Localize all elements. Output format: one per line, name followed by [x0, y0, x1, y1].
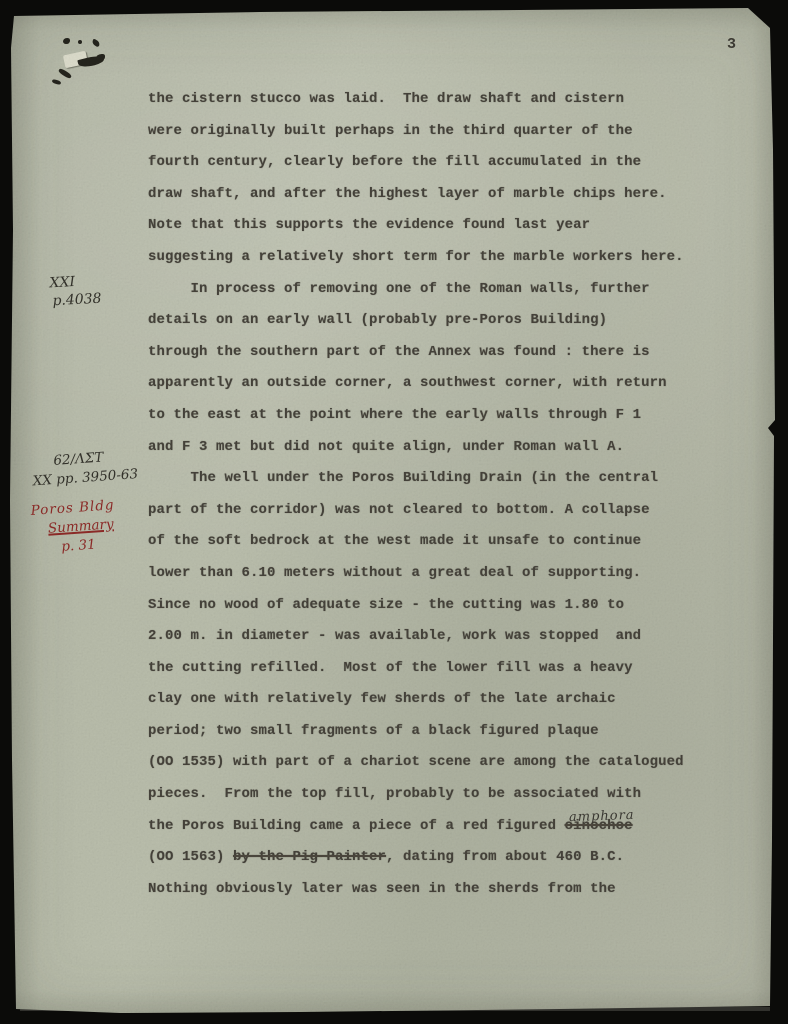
ink-blot-dot	[91, 39, 101, 48]
typewritten-line: Note that this supports the evidence fou…	[148, 210, 708, 242]
typewritten-line: through the southern part of the Annex w…	[148, 337, 708, 369]
margin-note-poros-summary: Poros Bldg Summary p. 31	[30, 496, 118, 559]
typewritten-line: of the soft bedrock at the west made it …	[148, 526, 708, 558]
typewritten-line: to the east at the point where the early…	[148, 400, 708, 432]
document-page: 3 XXI p.4038 62/ΛΣΤ XX pp. 3950-63 Poros…	[0, 0, 788, 1024]
typewritten-line: apparently an outside corner, a southwes…	[148, 368, 708, 400]
typewritten-segment: , dating from about 460 B.C.	[386, 849, 624, 865]
typewritten-line: period; two small fragments of a black f…	[148, 716, 708, 748]
margin-note-line: p.4038	[52, 291, 102, 310]
ink-blot-dot	[63, 38, 70, 44]
typewritten-line: the cutting refilled. Most of the lower …	[148, 653, 708, 685]
margin-note-line: 62/ΛΣΤ	[53, 449, 104, 468]
typewritten-line: and F 3 met but did not quite align, und…	[148, 432, 708, 464]
typewritten-line: 2.00 m. in diameter - was available, wor…	[148, 621, 708, 653]
typewritten-line: (OO 1563) by the Pig Painter, dating fro…	[148, 842, 708, 874]
typewritten-line: part of the corridor) was not cleared to…	[148, 495, 708, 527]
margin-note-line: p. 31	[61, 534, 118, 557]
handwritten-correction: amphora	[568, 800, 635, 834]
typewritten-segment: (OO 1563)	[148, 849, 233, 865]
typewritten-line: (OO 1535) with part of a chariot scene a…	[148, 747, 708, 779]
typewritten-line: the Poros Building came a piece of a red…	[148, 811, 708, 843]
typewritten-line: clay one with relatively few sherds of t…	[148, 684, 708, 716]
page-number: 3	[727, 36, 736, 53]
ink-slash-mark	[52, 79, 62, 86]
margin-note-line: XX pp. 3950-63	[32, 466, 138, 489]
typewritten-line: were originally built perhaps in the thi…	[148, 116, 708, 148]
ink-blot-dot	[78, 40, 82, 44]
margin-note-line: XXI	[49, 274, 75, 291]
typewritten-line: Since no wood of adequate size - the cut…	[148, 590, 708, 622]
typewritten-line: draw shaft, and after the highest layer …	[148, 179, 708, 211]
typewritten-line: The well under the Poros Building Drain …	[148, 463, 708, 495]
typewritten-text: the cistern stucco was laid. The draw sh…	[148, 84, 708, 905]
typewritten-line: fourth century, clearly before the fill …	[148, 147, 708, 179]
typewritten-line: Nothing obviously later was seen in the …	[148, 874, 708, 906]
typewritten-line: details on an early wall (probably pre-P…	[148, 305, 708, 337]
typewritten-segment: the Poros Building came a piece of a red…	[148, 818, 565, 834]
ink-slash-mark	[58, 68, 73, 80]
typewritten-line: lower than 6.10 meters without a great d…	[148, 558, 708, 590]
typewritten-line: the cistern stucco was laid. The draw sh…	[148, 84, 708, 116]
margin-note-notebook-ref: 62/ΛΣΤ XX pp. 3950-63	[53, 447, 139, 488]
struck-through-text: oinochoeamphora	[565, 818, 633, 834]
margin-note-xxi: XXI p.4038	[49, 273, 102, 310]
struck-through-text: by the Pig Painter	[233, 849, 386, 865]
scan-background: 3 XXI p.4038 62/ΛΣΤ XX pp. 3950-63 Poros…	[0, 0, 788, 1024]
typewritten-line: In process of removing one of the Roman …	[148, 274, 708, 306]
typewritten-line: suggesting a relatively short term for t…	[148, 242, 708, 274]
